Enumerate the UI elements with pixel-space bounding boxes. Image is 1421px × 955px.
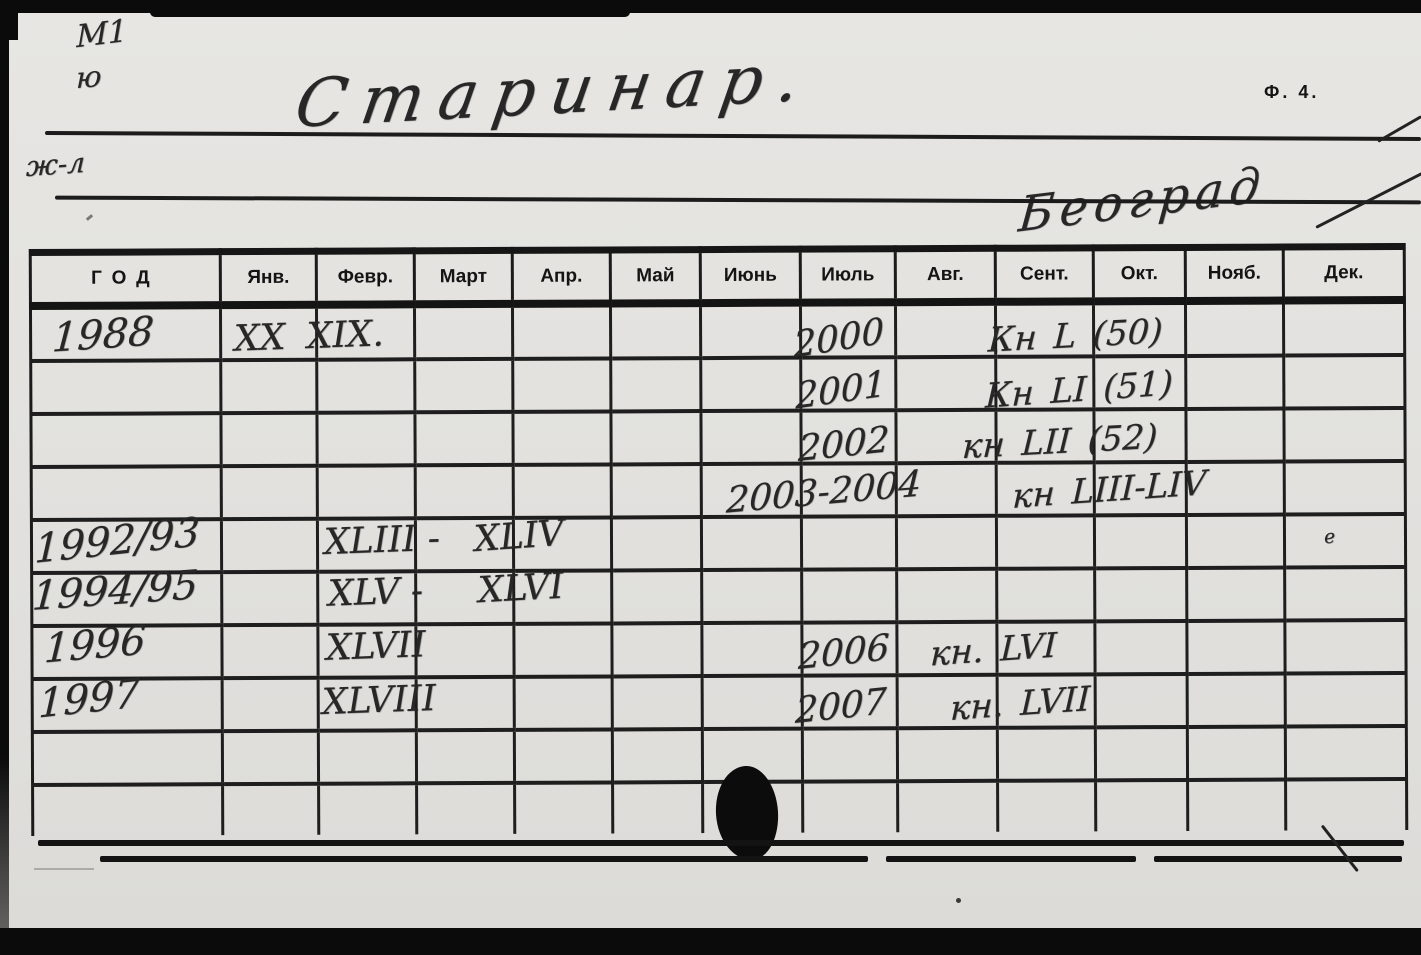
col-header-year: ГОД [30, 252, 220, 306]
table-cell [415, 412, 513, 465]
table-cell [1185, 301, 1283, 356]
table-cell [1284, 461, 1405, 515]
table-cell [32, 731, 222, 785]
table-cell [515, 782, 613, 833]
table-cell [897, 728, 997, 781]
table-row [32, 673, 1406, 732]
table-cell [802, 569, 897, 622]
col-header-jan: Янв. [220, 251, 316, 305]
table-cell [1095, 674, 1187, 727]
table-cell [1187, 674, 1285, 727]
scan-edge-left [0, 0, 9, 945]
table-cell [997, 568, 1095, 621]
table-cell [1187, 727, 1285, 780]
table-cell [802, 728, 897, 781]
table-cell [221, 466, 317, 519]
table-cell [611, 411, 701, 464]
entry-year-1988: 1988 [51, 308, 156, 361]
table-cell [1094, 515, 1186, 568]
table-cell [414, 304, 512, 359]
table-cell [702, 623, 802, 676]
table-row [32, 726, 1406, 785]
table-cell [1284, 355, 1405, 409]
rule-line-1 [45, 131, 1421, 141]
table-cell [513, 464, 611, 517]
table-cell [1285, 620, 1406, 674]
table-cell [318, 730, 416, 783]
table-cell [702, 676, 802, 729]
entry-vol-xlvi: XLVI [477, 566, 565, 611]
entry-vol-xliii: XLIII - [323, 518, 440, 563]
col-header-jul: Июль [800, 249, 895, 303]
col-header-jun: Июнь [700, 249, 800, 303]
table-cell [221, 413, 317, 466]
scanned-card-page: { "meta": { "form_number": "Ф. 4." }, "c… [0, 0, 1421, 955]
table-cell [611, 464, 701, 517]
table-cell [996, 515, 1094, 568]
entry-vol-xlviii: XLVIII [321, 678, 436, 723]
journal-title: Старинар. [290, 38, 820, 143]
scan-speckle [34, 868, 94, 870]
table-cell [1186, 356, 1284, 409]
entry-vol-xxxix: XX XIX. [233, 313, 384, 359]
col-header-may: Май [610, 250, 700, 304]
table-cell [610, 303, 700, 358]
bottom-line-2-seg3 [1154, 856, 1402, 862]
table-cell [221, 360, 317, 413]
table-cell [701, 517, 801, 570]
table-cell [613, 782, 703, 833]
table-cell [319, 783, 417, 834]
table-cell [514, 623, 612, 676]
table-cell [1095, 727, 1187, 780]
table-row [32, 620, 1406, 679]
entry-vol-xlvii: XLVII [325, 624, 426, 668]
table-bottom-line [38, 840, 1404, 846]
bottom-line-2-seg2 [886, 856, 1136, 862]
scan-speckle [956, 898, 961, 903]
table-cell [896, 357, 996, 410]
table-cell [1096, 780, 1188, 831]
table-cell [1187, 621, 1285, 674]
table-cell [33, 784, 223, 836]
table-cell [512, 303, 610, 358]
table-cell [1284, 514, 1405, 568]
table-cell [417, 783, 515, 834]
table-cell [898, 781, 998, 832]
table-cell [1285, 567, 1406, 621]
table-cell [1283, 300, 1404, 356]
table-cell [513, 358, 611, 411]
col-header-dec: Дек. [1283, 246, 1404, 300]
table-cell [1095, 621, 1187, 674]
col-header-sep: Сент. [995, 248, 1093, 302]
table-cell [701, 358, 801, 411]
table-cell [895, 302, 995, 357]
table-row [31, 514, 1405, 573]
table-cell [1284, 408, 1405, 462]
table-cell [1187, 568, 1285, 621]
table-cell [611, 358, 701, 411]
scan-edge-top-bump [150, 0, 630, 17]
table-cell [415, 465, 513, 518]
table-cell [416, 730, 514, 783]
table-cell [998, 780, 1096, 831]
table-cell [897, 569, 997, 622]
table-cell [702, 570, 802, 623]
table-cell [222, 678, 318, 731]
table-cell [1285, 726, 1406, 780]
table-row [31, 355, 1405, 414]
form-number: Ф. 4. [1264, 82, 1319, 103]
table-cell [1188, 780, 1286, 831]
col-header-apr: Апр. [512, 250, 610, 304]
table-cell [317, 359, 415, 412]
table-cell [612, 729, 702, 782]
table-cell [222, 731, 318, 784]
col-header-oct: Окт. [1093, 247, 1185, 301]
bottom-right-scratch [1321, 825, 1359, 873]
table-cell [701, 411, 801, 464]
table-row [32, 567, 1406, 626]
col-header-feb: Февр. [316, 251, 414, 305]
header-row: ГОД Янв. Февр. Март Апр. Май Июнь Июль А… [30, 246, 1404, 305]
table-row [31, 408, 1405, 467]
col-header-aug: Авг. [895, 248, 995, 302]
table-cell [317, 412, 415, 465]
col-header-mar: Март [414, 250, 512, 304]
scan-speckle [86, 214, 93, 221]
table-cell [1186, 409, 1284, 462]
table-cell [31, 413, 221, 467]
table-cell [223, 784, 319, 835]
table-cell [611, 517, 701, 570]
table-cell [700, 303, 800, 358]
table-body [30, 300, 1406, 836]
table-cell [514, 729, 612, 782]
table-cell [415, 359, 513, 412]
corner-mark-top: М1 [76, 13, 128, 55]
col-header-nov: Нояб. [1185, 247, 1283, 301]
table-cell [317, 465, 415, 518]
table-cell [803, 781, 898, 832]
table-cell [1286, 779, 1407, 831]
table-cell [801, 516, 896, 569]
table-cell [612, 570, 702, 623]
table-cell [1095, 568, 1187, 621]
table-cell [997, 727, 1095, 780]
table-cell [1186, 515, 1284, 568]
table-cell [612, 676, 702, 729]
table-cell [222, 625, 318, 678]
table-cell [416, 624, 514, 677]
table-cell [513, 411, 611, 464]
table-cell [514, 676, 612, 729]
bottom-line-2-seg1 [100, 856, 868, 862]
entry-year-1996: 1996 [43, 617, 147, 672]
scan-edge-bottom [0, 928, 1421, 955]
corner-mark-mid: ю [76, 59, 102, 95]
corner-mark-bottom: ж-л [25, 146, 85, 183]
entry-dec-mark: е [1323, 526, 1336, 549]
table-cell [31, 360, 221, 414]
table-cell [222, 572, 318, 625]
table-cell [221, 519, 317, 572]
table-cell [612, 623, 702, 676]
table-cell [896, 516, 996, 569]
table-cell [1285, 673, 1406, 727]
entry-vol-xlv: XLV - [327, 570, 423, 614]
entry-vol-xliv: XLIV [473, 513, 565, 560]
